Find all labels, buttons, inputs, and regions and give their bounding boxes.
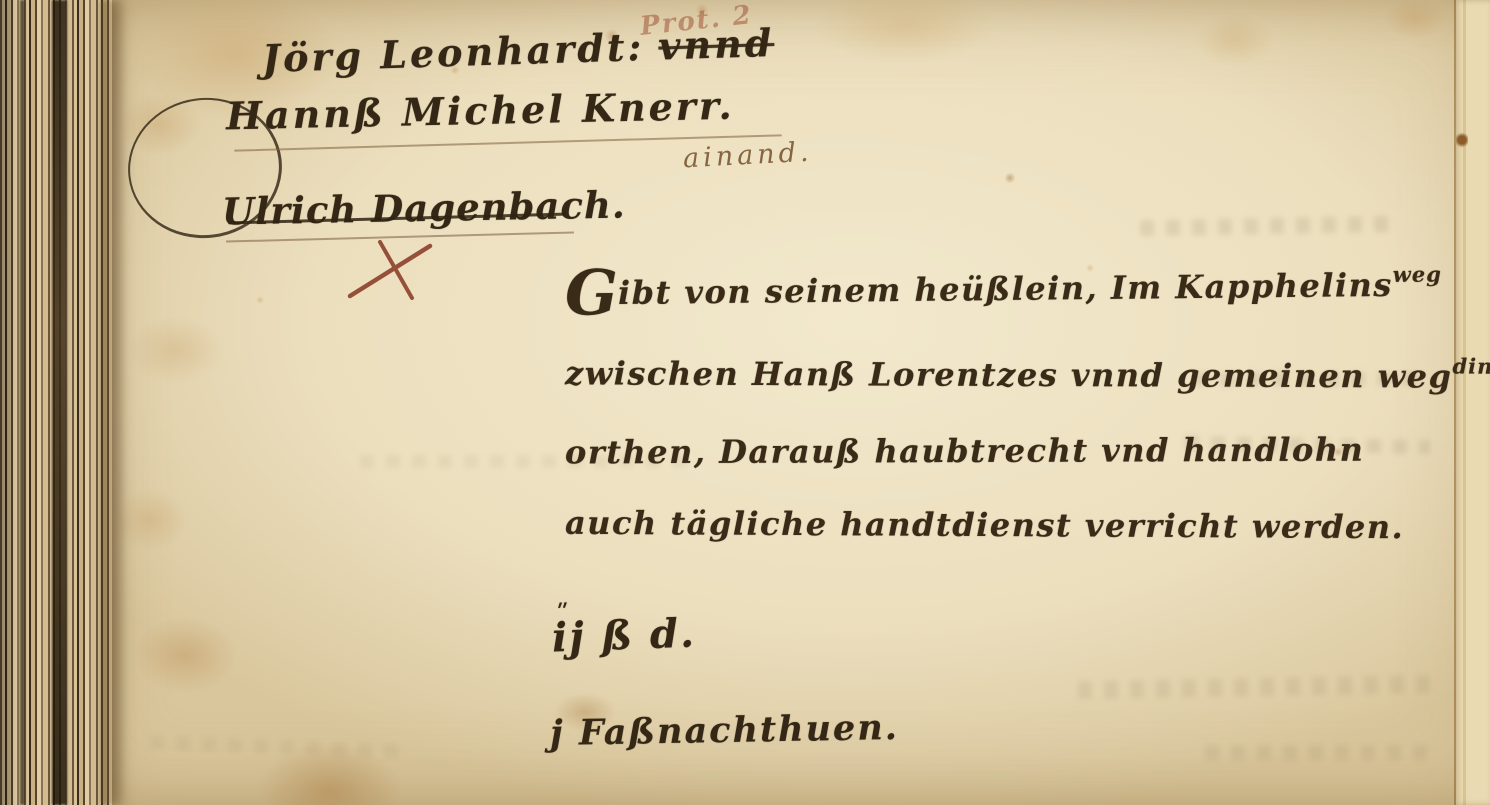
binding-dark-band [84, 0, 93, 805]
entry-line-1-text: ibt von seinem heüßlein, Im Kapphelins [618, 266, 1393, 312]
entry-line-3: orthen, Darauß haubtrecht vnd handlohn [565, 431, 1364, 472]
entry-line-2: zwischen Hanß Lorentzes vnnd gemeinen we… [565, 350, 1490, 395]
numeral-tick-marks: ʺ [557, 600, 569, 626]
entry-line-4: auch tägliche handtdienst verricht werde… [565, 504, 1404, 546]
swash-initial: G [565, 256, 619, 330]
binding-dark-band [52, 0, 67, 805]
red-cross-mark [342, 238, 442, 300]
dues-amount-shillings: ʺij ß d. [551, 610, 696, 662]
binding-dark-band [20, 0, 25, 805]
name-line-ulrich-dagenbach-struck: Ulrich Dagenbach. [222, 182, 626, 233]
entry-line-2-text: zwischen Hanß Lorentzes vnnd gemeinen we… [565, 354, 1453, 395]
binding-shadow-edge [100, 0, 126, 805]
edge-notch-mark [1456, 132, 1468, 148]
entry-line-2-superscript: din [1452, 353, 1490, 378]
dues-carnival-hen: j Faßnachthuen. [550, 707, 900, 754]
right-page-edge [1454, 0, 1490, 805]
manuscript-scan: Prot. 2 Jörg Leonhardt:vnnd Hannß Michel… [0, 0, 1490, 805]
dues-amount-text: ij ß d. [551, 610, 696, 662]
entry-line-1-superscript: weg [1393, 261, 1442, 287]
struck-word: vnnd [658, 20, 775, 69]
